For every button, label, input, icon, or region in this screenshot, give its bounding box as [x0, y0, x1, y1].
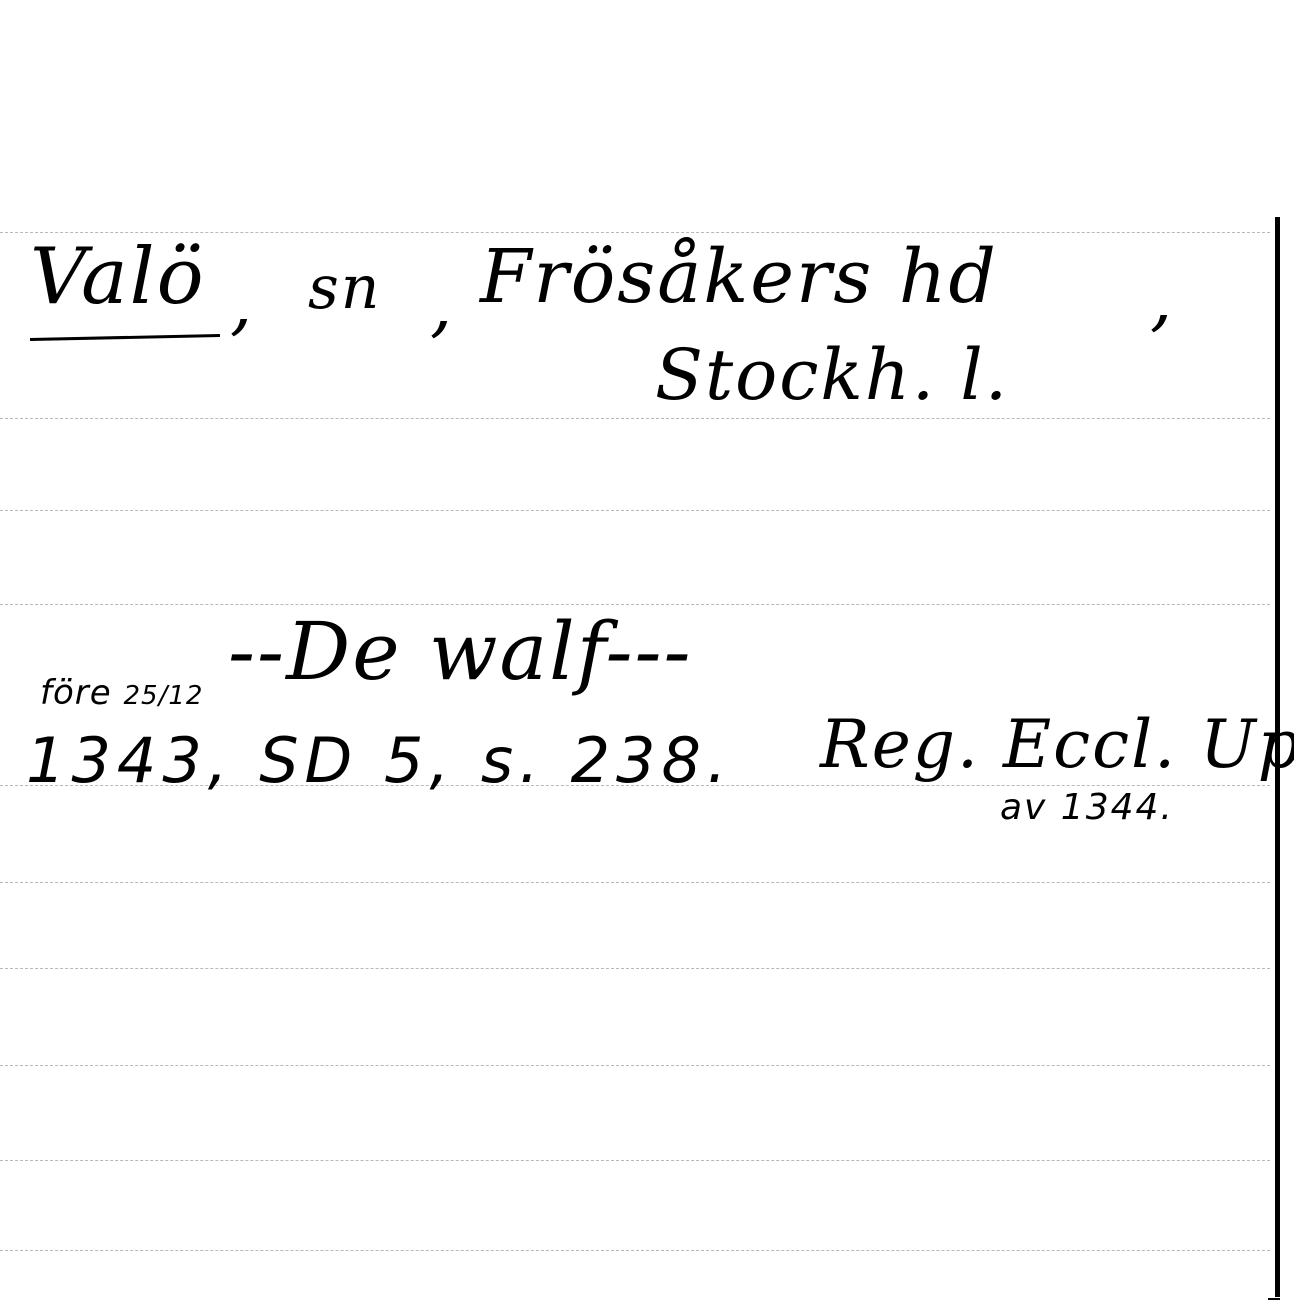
ruled-line [0, 882, 1270, 883]
locality-type: sn [308, 258, 381, 318]
ruled-line [0, 418, 1270, 419]
attested-form: --De walf--- [228, 612, 693, 692]
dating-note: före 25/12 [40, 676, 203, 710]
headword-underline [30, 334, 220, 341]
source-note: av 1344. [1000, 790, 1174, 826]
separator-comma: , [1150, 264, 1174, 334]
index-card: Valö , sn , Frösåkers hd , Stockh. l. fö… [0, 0, 1294, 1315]
source-title: Reg. Eccl. Ups. [820, 712, 1294, 778]
headword: Valö [30, 238, 206, 316]
ruled-line [0, 1250, 1270, 1251]
separator-comma: , [430, 270, 454, 340]
ruled-line [0, 1160, 1270, 1161]
parish-name: Frösåkers hd [480, 240, 998, 314]
ruled-line [0, 1065, 1270, 1066]
county-name: Stockh. l. [655, 340, 1009, 410]
ruled-line [0, 510, 1270, 511]
separator-comma: , [230, 268, 254, 338]
card-corner-mark [1268, 1298, 1280, 1300]
ruled-line [0, 968, 1270, 969]
dating-date: 25/12 [123, 681, 203, 711]
dating-word: före [40, 673, 112, 713]
year-and-reference: 1343, SD 5, s. 238. [26, 730, 733, 792]
